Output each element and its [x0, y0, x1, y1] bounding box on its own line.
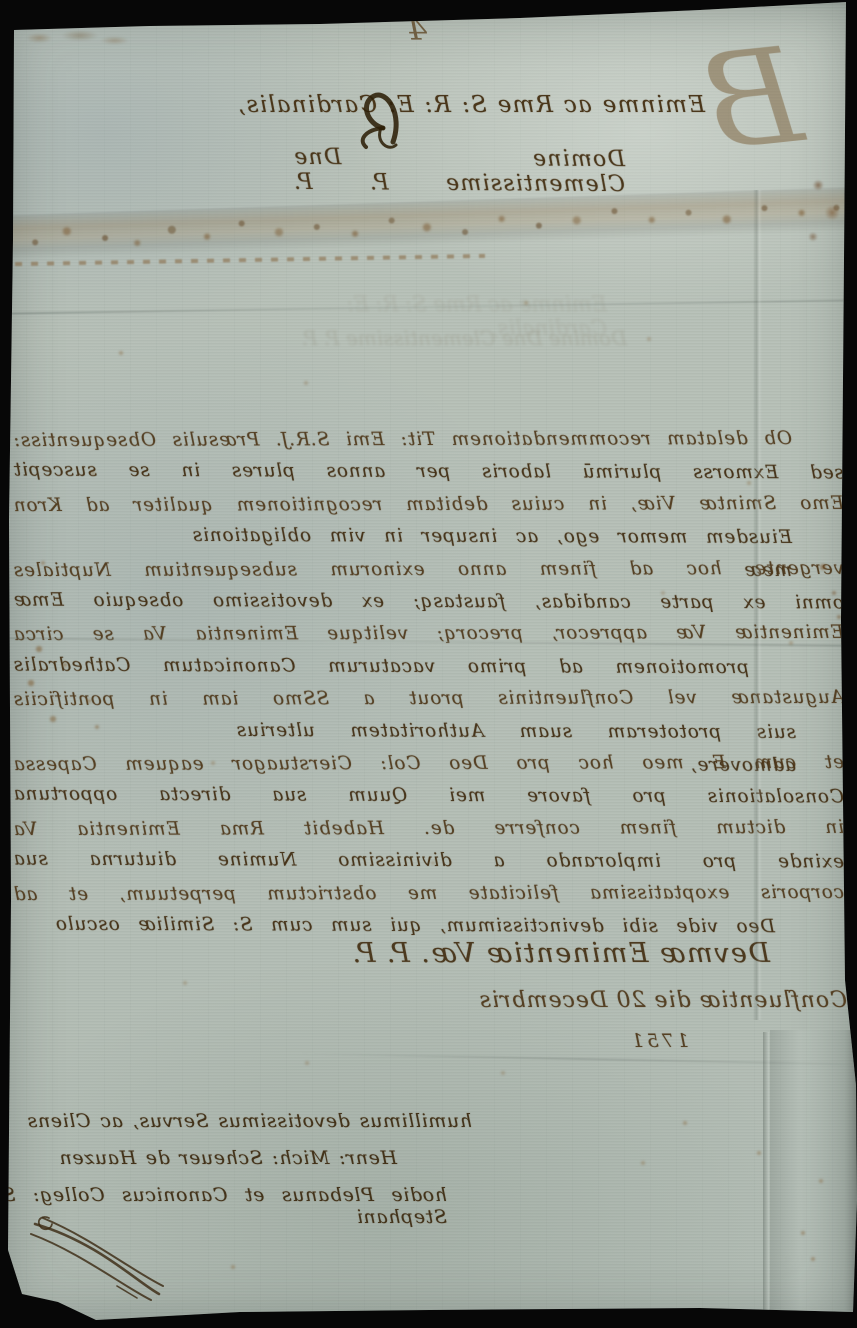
- body-line: Eiusdem memor ego, ac insuper in vim obl…: [192, 520, 844, 555]
- signature-line-1: humillimus devotissimus Servus, ac Clien…: [27, 1110, 472, 1132]
- signature-line-2: Henr: Mich: Scheuer de Hauzen: [59, 1147, 397, 1169]
- body-line: exinde pro implorando a divinissimo Numi…: [13, 844, 844, 880]
- year: 1751: [629, 1030, 689, 1052]
- body-line: Emo Smintæ Viæ, in cuius debitam recogni…: [13, 488, 844, 523]
- signature-flourish-icon: [27, 1212, 167, 1302]
- body-line: et cum E meo hoc pro Deo Col: Cierstuago…: [13, 747, 844, 782]
- letter-paper: 4 B Eminme ac Rme S: R: E: Cardinalis, D…: [0, 0, 857, 1328]
- body-line: Augustanæ vel Confluentinis prout a SSmo…: [13, 682, 844, 717]
- top-left-corner-stain: [16, 26, 132, 50]
- folded-edge-strip: [770, 1030, 857, 1316]
- body-line: in dictum finem conferre de. Habebit Rma…: [13, 812, 844, 847]
- body-line: promotionem ad primo vacaturum Canonicat…: [13, 650, 844, 686]
- right-edge-stain-cluster: [800, 168, 852, 254]
- dateline: Confluentiæ die 20 Decembris: [412, 988, 847, 1013]
- body-line: omni ex parte candidas, faustasq; ex dev…: [13, 585, 844, 621]
- paraph-flourish: B: [697, 29, 807, 170]
- vertical-crease: [753, 190, 762, 1020]
- body-line: Ob delatam recommendationem Tit: Emi S.R…: [13, 423, 844, 458]
- ghost-imprint-2: Domine Dne Clementissime P. P.: [287, 326, 627, 350]
- ornate-initial-flourish-icon: [357, 84, 405, 154]
- body-line: vergente hoc ad finem anno exinorum subs…: [13, 553, 844, 588]
- body-line: sed Exmorss plurimū laboris per annos pl…: [13, 455, 844, 491]
- body-line: Eminentiæ Væ apprecor, precorq; velitque…: [13, 617, 844, 652]
- valediction: Devmæ Eminentiæ Væ. P. P.: [300, 938, 770, 969]
- body-line: corporis exoptatissima felicitate me obs…: [13, 877, 844, 912]
- docket-mark: 4: [407, 10, 427, 48]
- address-line-2: Domine Dne Clementissime P. P.: [293, 145, 625, 197]
- body-line: Consolationis pro favore mei Quum sua di…: [13, 779, 844, 815]
- scan-background: { "palette": { "scan_background": "#0707…: [0, 0, 857, 1328]
- vertical-fold-edge: [763, 1032, 769, 1316]
- address-line-1: Eminme ac Rme S: R: E: Cardinalis,: [237, 92, 705, 118]
- foxing-specks: [0, 0, 2, 2]
